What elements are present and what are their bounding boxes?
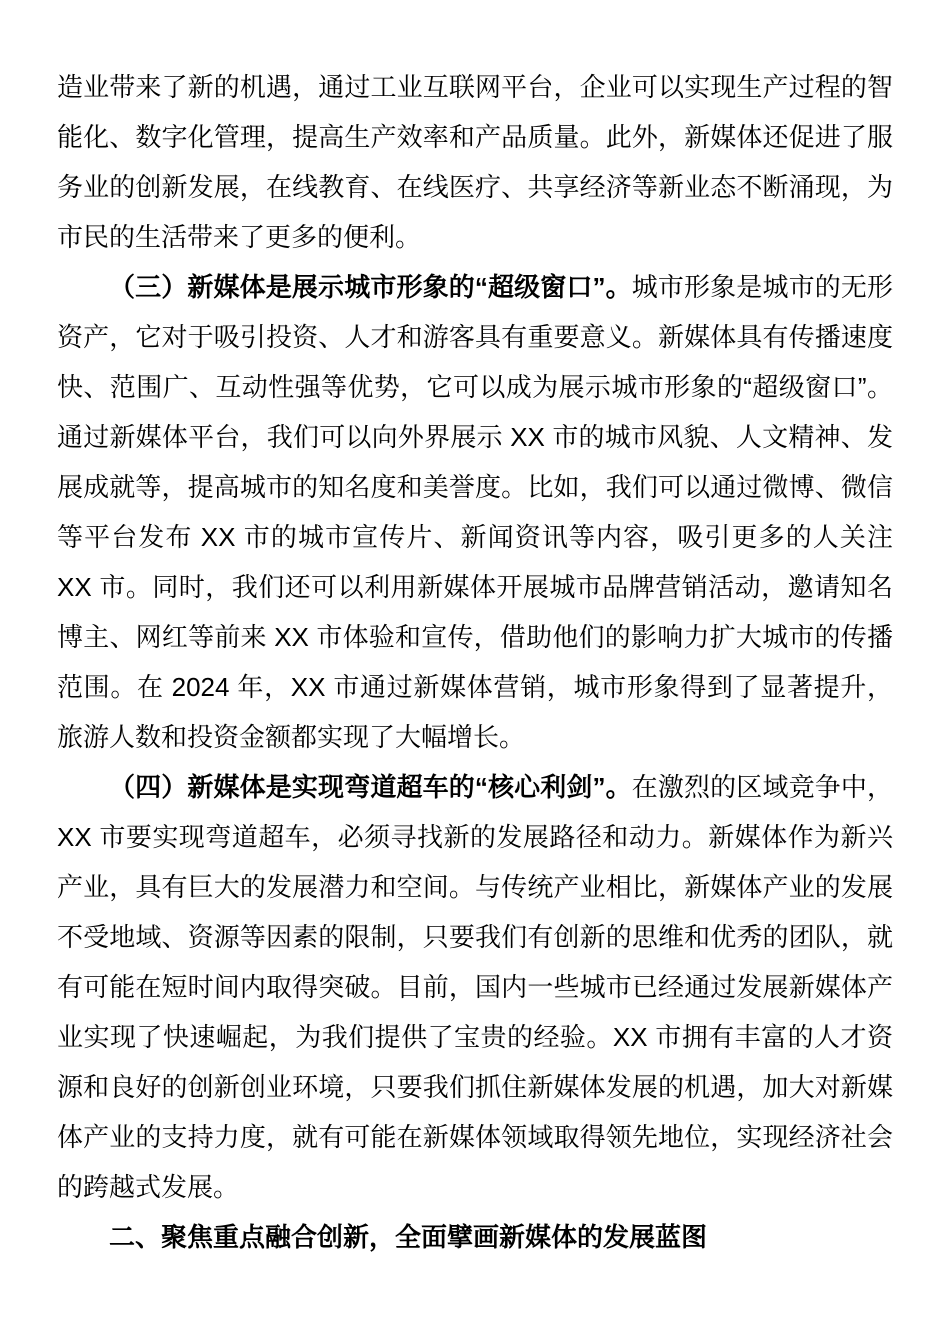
paragraph-section-3: （三）新媒体是展示城市形象的“超级窗口”。城市形象是城市的无形资产，它对于吸引投… bbox=[57, 262, 893, 762]
text-run: 造业带来了新的机遇，通过工业互联网平台，企业可以实现生产过程的智能化、数字化管理… bbox=[57, 72, 893, 252]
bold-run: （三）新媒体是展示城市形象的“超级窗口”。 bbox=[109, 272, 632, 302]
heading-section-2: 二、聚焦重点融合创新，全面擘画新媒体的发展蓝图 bbox=[57, 1212, 893, 1262]
text-run: 城市形象是城市的无形资产，它对于吸引投资、人才和游客具有重要意义。新媒体具有传播… bbox=[57, 272, 893, 752]
bold-run: （四）新媒体是实现弯道超车的“核心利剑”。 bbox=[109, 772, 632, 802]
bold-run: 二、聚焦重点融合创新，全面擘画新媒体的发展蓝图 bbox=[109, 1222, 707, 1252]
paragraph-continuation: 造业带来了新的机遇，通过工业互联网平台，企业可以实现生产过程的智能化、数字化管理… bbox=[57, 62, 893, 262]
text-run: 在激烈的区域竞争中，XX 市要实现弯道超车，必须寻找新的发展路径和动力。新媒体作… bbox=[57, 772, 893, 1202]
document-page: 造业带来了新的机遇，通过工业互联网平台，企业可以实现生产过程的智能化、数字化管理… bbox=[0, 0, 950, 1344]
document-body: 造业带来了新的机遇，通过工业互联网平台，企业可以实现生产过程的智能化、数字化管理… bbox=[57, 62, 893, 1262]
paragraph-section-4: （四）新媒体是实现弯道超车的“核心利剑”。在激烈的区域竞争中，XX 市要实现弯道… bbox=[57, 762, 893, 1212]
